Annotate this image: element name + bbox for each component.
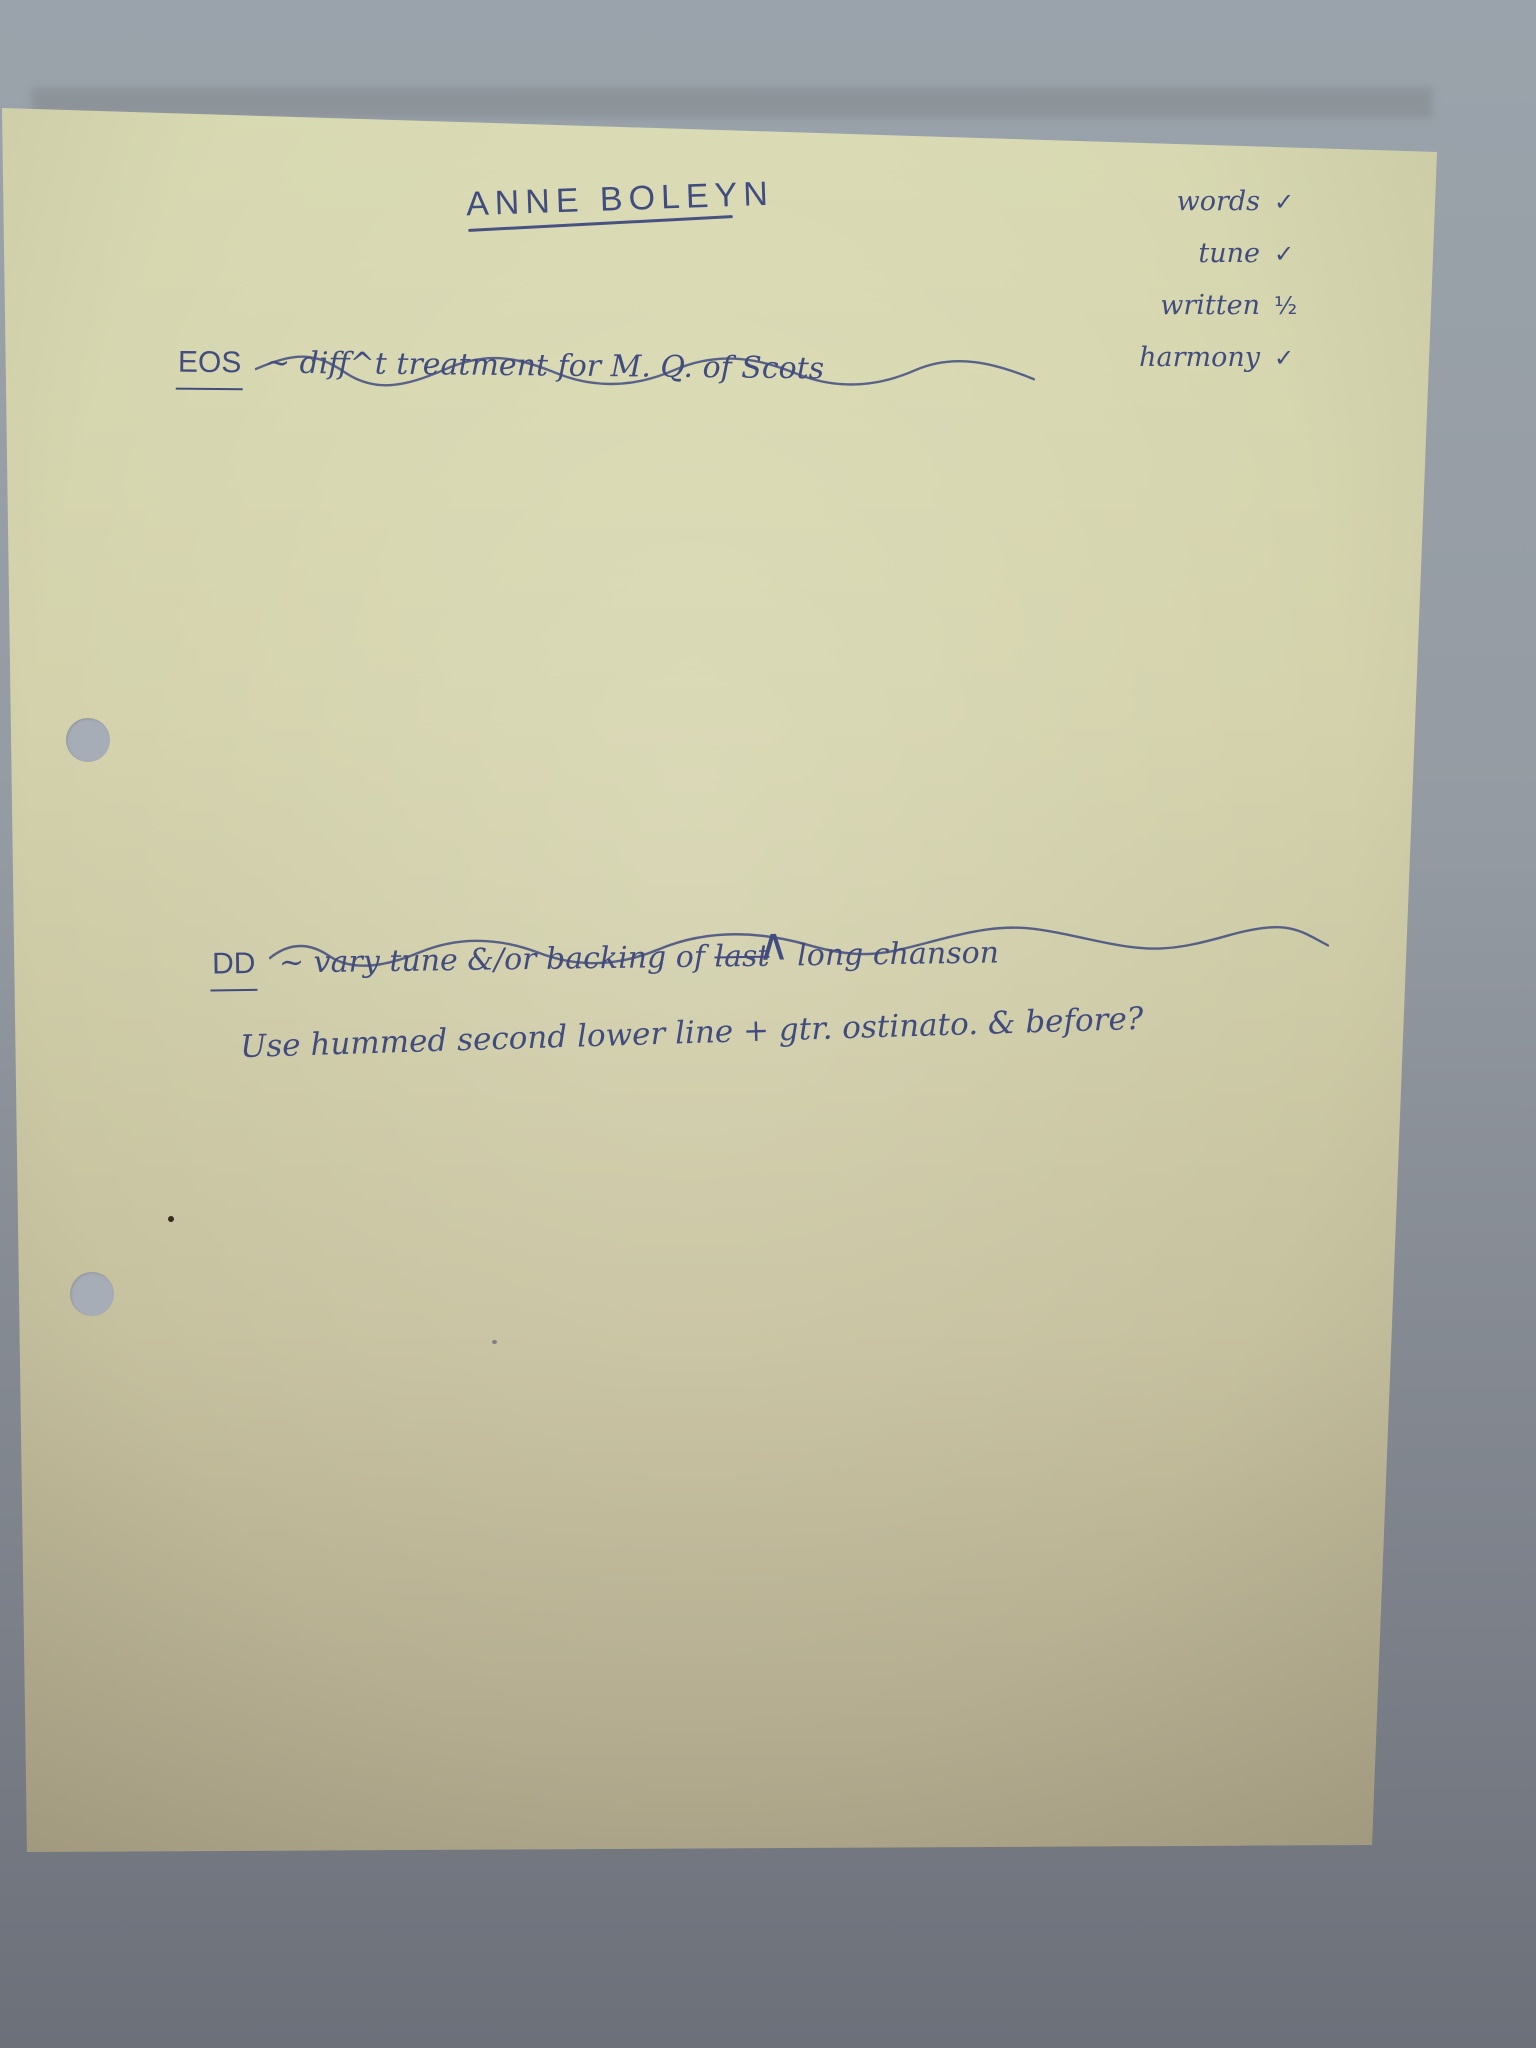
checklist-item-tune: tune✓ — [1130, 238, 1297, 290]
checkmark-icon: ✓ — [1274, 344, 1294, 372]
checklist-item-words: words✓ — [1130, 186, 1297, 238]
checkmark-icon: ✓ — [1274, 188, 1294, 216]
checklist-item-written: written½ — [1130, 290, 1297, 342]
note-text-after: long chanson — [797, 936, 999, 974]
checklist-label: words — [1130, 186, 1260, 217]
ink-speck — [492, 1340, 497, 1344]
punch-hole-upper — [66, 718, 110, 762]
struck-text: ~ vary tune &/or backing of last∧ long c… — [279, 923, 1000, 984]
checkmark-icon: ✓ — [1274, 240, 1294, 268]
note-key: DD — [212, 947, 256, 982]
checklist-label: written — [1130, 290, 1260, 321]
struck-text: ~ diff^t treatment for M. Q. of Scots — [265, 346, 825, 387]
note-text: ~ diff^t treatment for M. Q. of Scots — [265, 346, 825, 387]
insertion-caret-icon: ∧ — [757, 919, 790, 970]
note-text-before: ~ vary tune &/or backing of — [279, 940, 705, 981]
underlying-sheet-edge — [32, 88, 1432, 118]
half-mark-icon: ½ — [1274, 292, 1297, 320]
checklist-label: tune — [1130, 238, 1260, 269]
note-key: EOS — [178, 346, 242, 381]
progress-checklist: words✓ tune✓ written½ harmony✓ — [1130, 186, 1297, 394]
ink-speck — [168, 1216, 174, 1222]
checklist-item-harmony: harmony✓ — [1130, 342, 1297, 394]
punch-hole-lower — [70, 1272, 114, 1316]
checklist-label: harmony — [1130, 342, 1260, 373]
note-eos: EOS ~ diff^t treatment for M. Q. of Scot… — [178, 345, 824, 387]
